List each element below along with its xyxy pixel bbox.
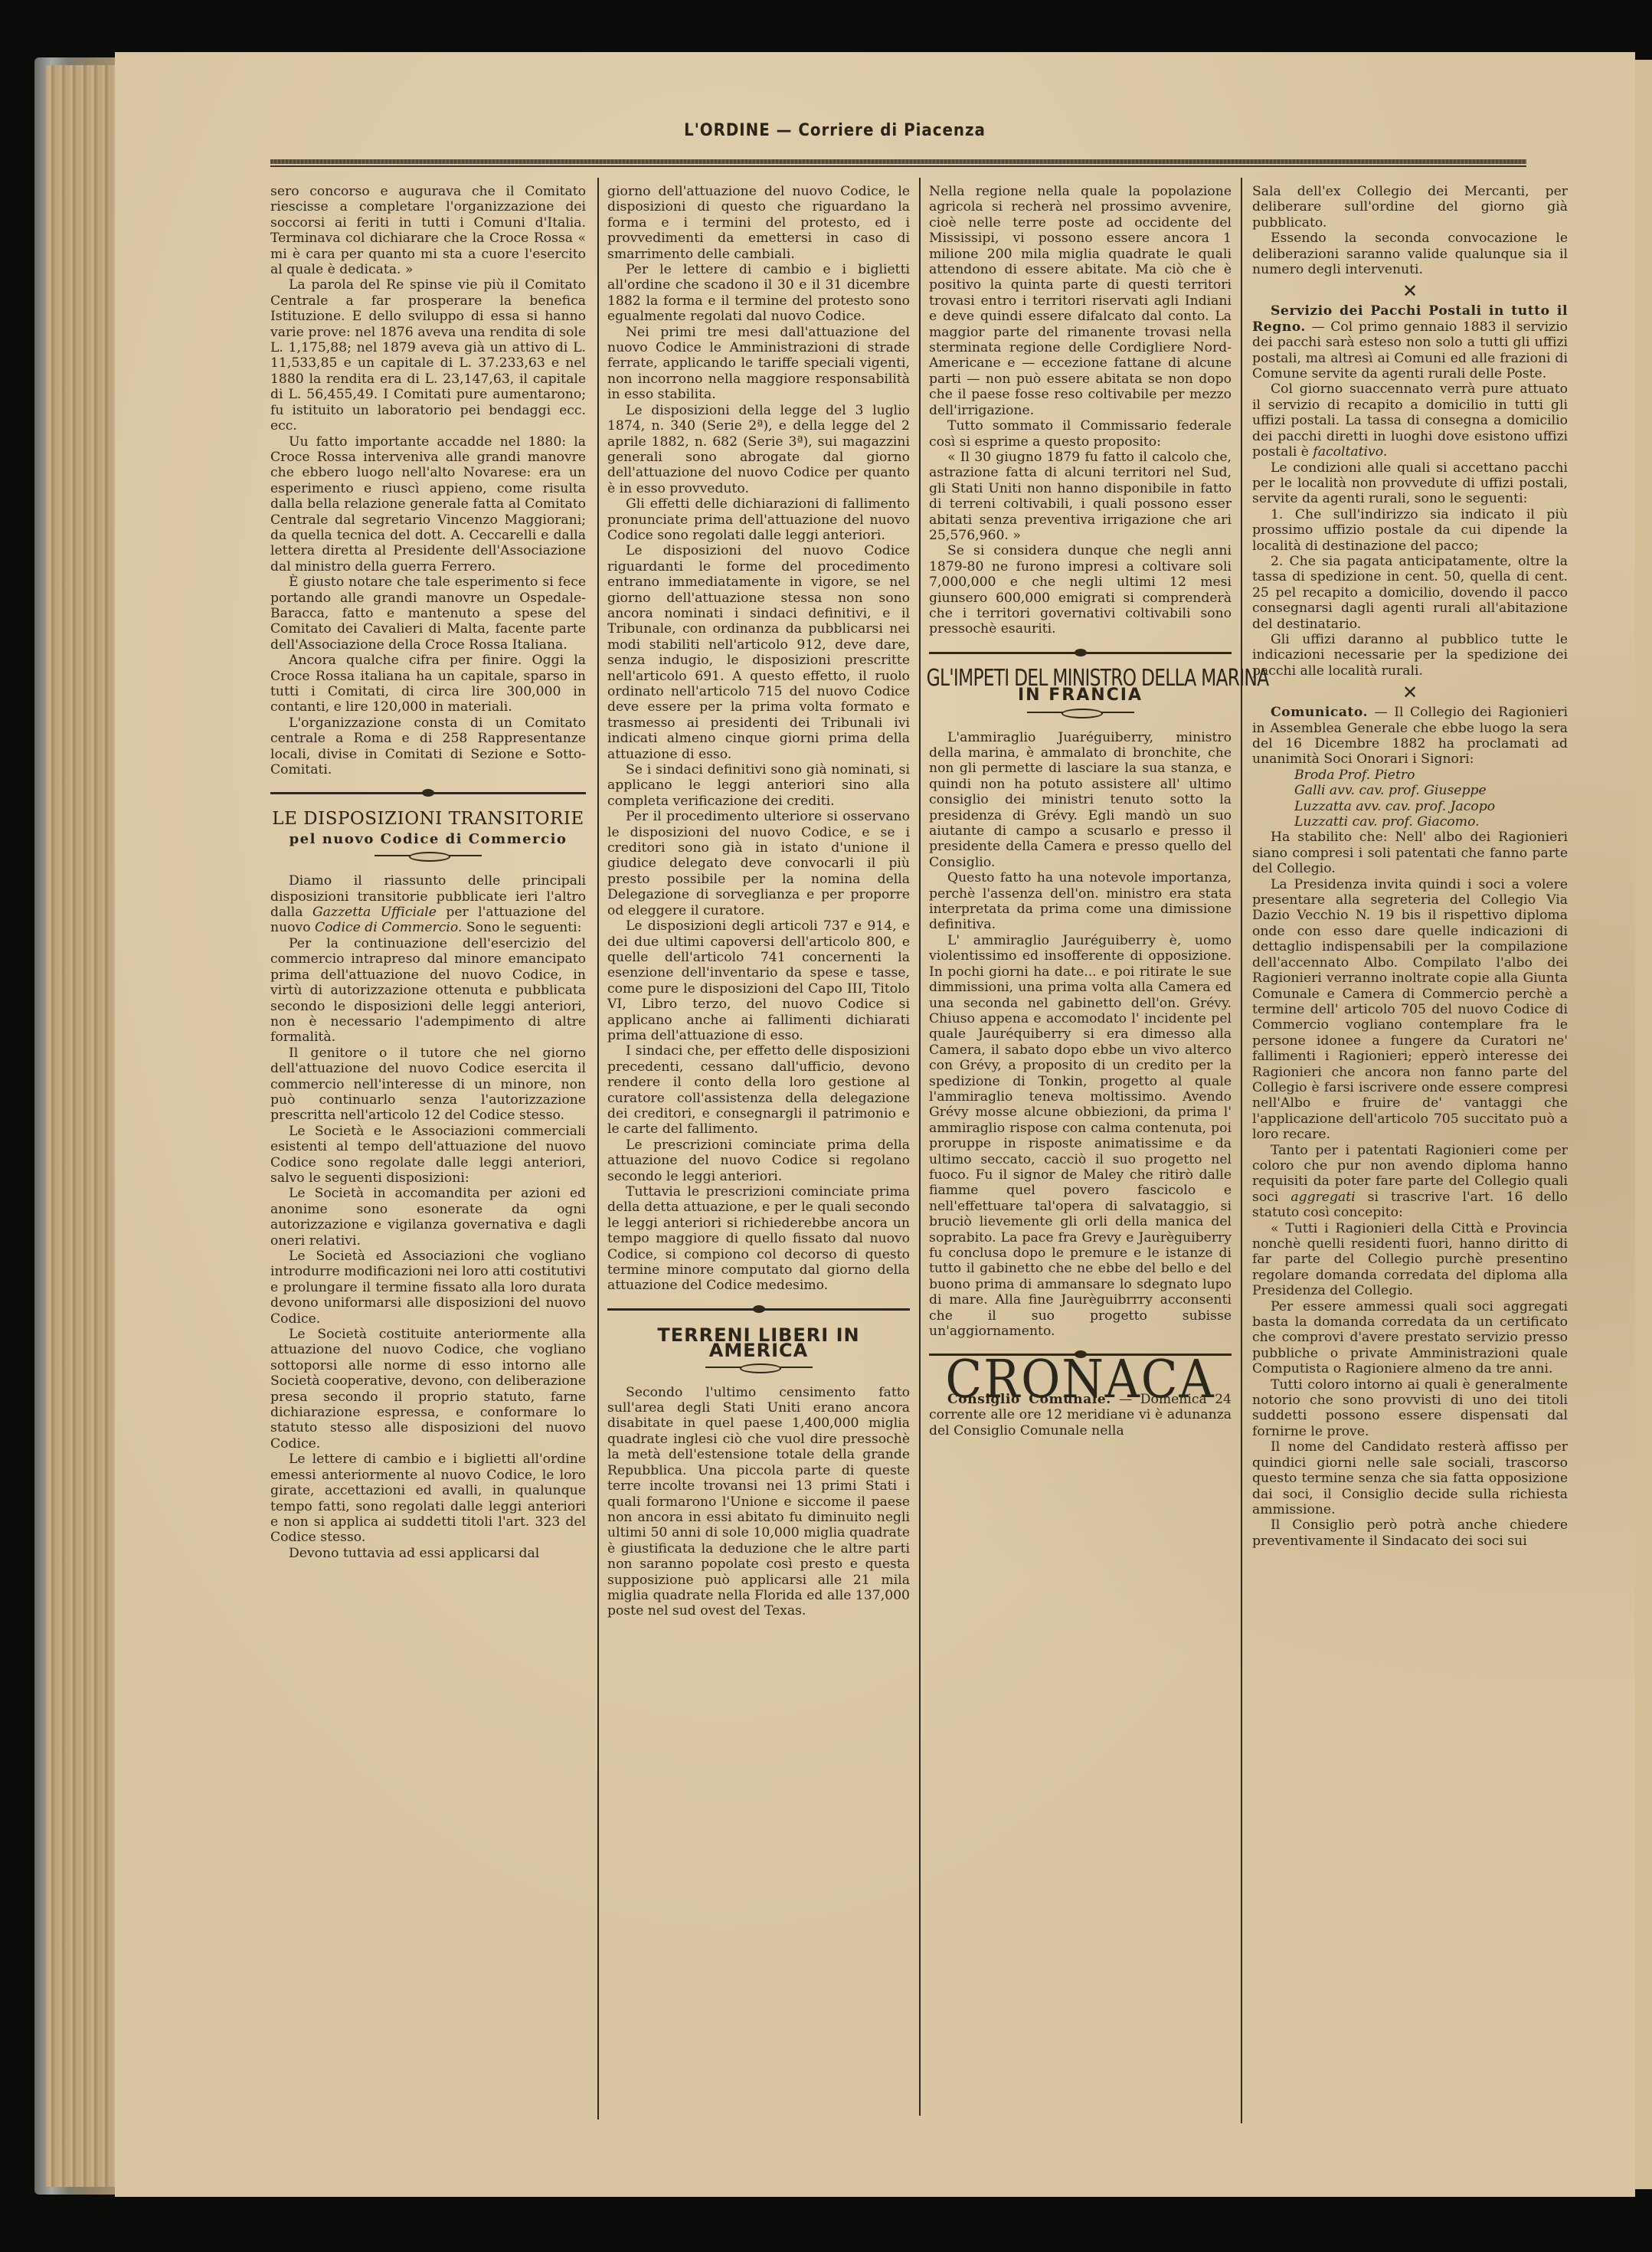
masthead-title: L'ORDINE — Corriere di Piacenza [153,121,1516,140]
paragraph: Col giorno suaccennato verrà pure attuat… [1252,381,1568,460]
paragraph: Le disposizioni del nuovo Codice riguard… [607,543,910,762]
paragraph: L' ammiraglio Jauréguiberry è, uomo viol… [929,933,1232,1340]
honorary-name: Luzzatti cav. prof. Giacomo. [1252,814,1568,830]
paragraph: L'ammiraglio Juaréguiberry, ministro del… [929,730,1232,871]
paragraph: Secondo l'ultimo censimento fatto sull'a… [607,1385,910,1619]
codice-italic: Codice di Commercio. [315,920,462,935]
column-divider-2 [919,178,921,2116]
paragraph: Sala dell'ex Collegio dei Mercanti, per … [1252,184,1568,231]
paragraph: L'organizzazione consta di un Comitato c… [270,715,586,778]
article-separator [270,785,586,800]
article-subheadline: pel nuovo Codice di Commercio [270,832,586,847]
paragraph: Tutti coloro intorno ai quali è generalm… [1252,1377,1568,1440]
paragraph: Per le lettere di cambio e i biglietti a… [607,262,910,325]
ornament-divider [375,852,482,859]
news-item-pacchi: Servizio dei Pacchi Postali in tutto il … [1252,303,1568,381]
paragraph: Il nome del Candidato resterà affisso pe… [1252,1439,1568,1517]
column-2: giorno dell'attuazione del nuovo Codice,… [607,184,910,1619]
column-3: Nella regione nella quale la popolazione… [929,184,1232,1439]
paragraph: Ancora qualche cifra per finire. Oggi la… [270,653,586,715]
ornament-divider [705,1363,813,1371]
page-stack-edge [46,65,123,2187]
paragraph: Le disposizioni degli articoli 737 e 914… [607,918,910,1043]
article-headline: TERRENI LIBERI IN AMERICA [607,1327,910,1359]
paragraph: Questo fatto ha una notevole importanza,… [929,870,1232,933]
paragraph-text: Col giorno suaccennato verrà pure attuat… [1252,381,1568,460]
cross-separator-icon: ✕ [1252,683,1568,702]
paragraph: Tanto per i patentati Ragionieri come pe… [1252,1143,1568,1221]
column-1: sero concorso e augurava che il Comitato… [270,184,586,1561]
paragraph: Le Società costituite anteriormente alla… [270,1327,586,1452]
paragraph: Nella regione nella quale la popolazione… [929,184,1232,418]
paragraph: giorno dell'attuazione del nuovo Codice,… [607,184,910,262]
paragraph: Se si considera dunque che negli anni 18… [929,543,1232,637]
column-divider-3 [1241,178,1242,2123]
item-title: Comunicato. [1271,705,1368,720]
paragraph: Per il procedimento ulteriore si osserva… [607,809,910,918]
quote-paragraph: « Tutti i Ragionieri della Città e Provi… [1252,1221,1568,1299]
paragraph: Se i sindaci definitivi sono già nominat… [607,762,910,809]
paragraph: Tutto sommato il Commissario federale co… [929,418,1232,450]
cross-separator-icon: ✕ [1252,282,1568,300]
masthead-rule [270,159,1526,164]
masthead-rule-line [270,165,1526,167]
paragraph: Le lettere di cambio e i biglietti all'o… [270,1452,586,1545]
article-headline: LE DISPOSIZIONI TRANSITORIE [270,811,586,826]
honorary-name: Broda Prof. Pietro [1252,768,1568,783]
honorary-name: Galli avv. cav. prof. Giuseppe [1252,783,1568,798]
intro-text: Sono le seguenti: [462,920,581,935]
paragraph: La Presidenza invita quindi i soci a vol… [1252,877,1568,1143]
article-headline: GL'IMPETI DEL MINISTRO DELLA MARINA [927,671,1235,686]
paragraph: Gli uffizi daranno al pubblico tutte le … [1252,632,1568,679]
paragraph: Essendo la seconda convocazione le delib… [1252,231,1568,277]
paragraph: La parola del Re spinse vie più il Comit… [270,277,586,434]
paragraph: Per la continuazione dell'esercizio del … [270,936,586,1046]
quote-paragraph: « Il 30 giugno 1879 fu fatto il calcolo … [929,450,1232,543]
paragraph: I sindaci che, per effetto delle disposi… [607,1043,910,1137]
paragraph: Le disposizioni della legge del 3 luglio… [607,403,910,496]
facoltativo-italic: facoltativo. [1313,444,1387,460]
paragraph: Uu fatto importante accadde nel 1880: la… [270,434,586,575]
paragraph: sero concorso e augurava che il Comitato… [270,184,586,277]
aggregati-italic: aggregati [1291,1190,1355,1205]
column-divider-1 [597,178,599,2119]
news-item-comunicato: Comunicato. — Il Collegio dei Ragionieri… [1252,705,1568,768]
honorary-name: Luzzatta avv. cav. prof. Jacopo [1252,799,1568,814]
paragraph: Il genitore o il tutore che nel giorno d… [270,1046,586,1124]
list-item: 1. Che sull'indirizzo sia indicato il pi… [1252,507,1568,554]
paragraph: È giusto notare che tale esperimento si … [270,574,586,653]
paragraph: Gli effetti delle dichiarazioni di falli… [607,496,910,543]
paragraph: Devono tuttavia ad essi applicarsi dal [270,1546,586,1561]
paragraph: Le Società e le Associazioni commerciali… [270,1124,586,1187]
article-separator [929,645,1232,660]
gazzetta-ufficiale-italic: Gazzetta Ufficiale [312,905,437,920]
paragraph: Il Consiglio però potrà anche chiedere p… [1252,1517,1568,1549]
column-4: Sala dell'ex Collegio dei Mercanti, per … [1252,184,1568,1549]
paragraph: Ha stabilito che: Nell' albo dei Ragioni… [1252,830,1568,876]
paragraph: Le condizioni alle quali si accettano pa… [1252,460,1568,507]
paragraph: Nei primi tre mesi dall'attuazione del n… [607,325,910,403]
paragraph: Tuttavia le prescrizioni cominciate prim… [607,1184,910,1294]
paragraph: Le Società ed Associazioni che vogliano … [270,1249,586,1327]
paragraph: Le prescrizioni cominciate prima della a… [607,1137,910,1184]
section-headline-cronaca: CRONACA [941,1373,1219,1388]
paragraph: Per essere ammessi quali soci aggregati … [1252,1299,1568,1377]
list-item: 2. Che sia pagata anticipatamente, oltre… [1252,554,1568,632]
article-intro: Diamo il riassunto delle principali disp… [270,873,586,936]
ornament-divider [1027,709,1134,716]
paragraph: Le Società in accomandita per azioni ed … [270,1186,586,1249]
article-separator [607,1301,910,1317]
